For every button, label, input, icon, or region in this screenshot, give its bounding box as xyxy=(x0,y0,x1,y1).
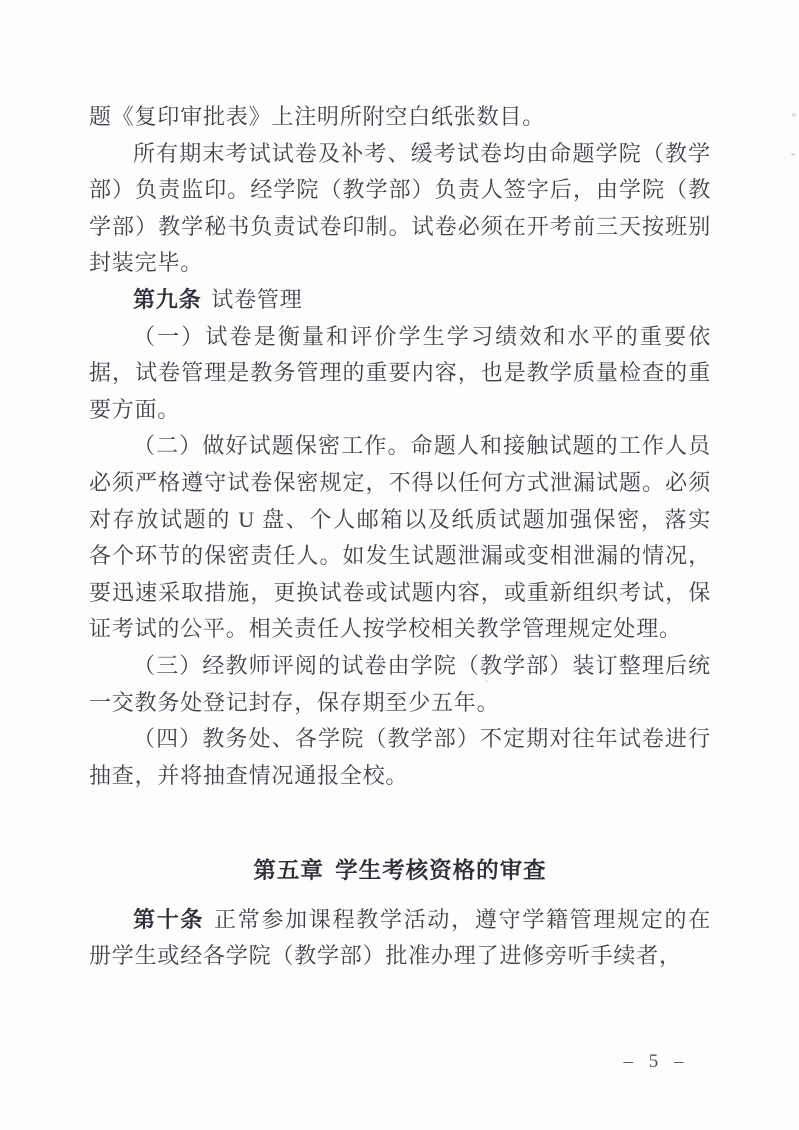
paragraph-copy-approval-note: 题《复印审批表》上注明所附空白纸张数目。 xyxy=(89,99,711,136)
chapter-5-heading: 第五章学生考核资格的审查 xyxy=(89,853,711,890)
scan-speck xyxy=(792,113,796,117)
item-2-paragraph: （二）做好试题保密工作。命题人和接触试题的工作人员必须严格遵守试卷保密规定，不得… xyxy=(89,428,711,648)
scan-speck xyxy=(791,153,795,156)
scan-speck xyxy=(485,680,488,683)
article-9-title: 试卷管理 xyxy=(211,287,302,312)
item-4-paragraph: （四）教务处、各学院（教学部）不定期对往年试卷进行抽查，并将抽查情况通报全校。 xyxy=(89,721,711,794)
chapter-number: 第五章 xyxy=(253,858,324,883)
document-body: 题《复印审批表》上注明所附空白纸张数目。 所有期末考试试卷及补考、缓考试卷均由命… xyxy=(89,99,711,975)
article-9-number: 第九条 xyxy=(133,287,201,312)
item-3-paragraph: （三）经教师评阅的试卷由学院（教学部）装订整理后统一交教务处登记封存，保存期至少… xyxy=(89,648,711,721)
item-1-paragraph: （一）试卷是衡量和评价学生学习绩效和水平的重要依据，试卷管理是教务管理的重要内容… xyxy=(89,319,711,429)
chapter-title: 学生考核资格的审查 xyxy=(335,858,547,883)
article-10-number: 第十条 xyxy=(133,907,204,932)
document-page: 题《复印审批表》上注明所附空白纸张数目。 所有期末考试试卷及补考、缓考试卷均由命… xyxy=(0,0,799,1130)
paragraph-exam-paper-printing: 所有期末考试试卷及补考、缓考试卷均由命题学院（教学部）负责监印。经学院（教学部）… xyxy=(89,136,711,282)
article-10-paragraph: 第十条正常参加课程教学活动，遵守学籍管理规定的在册学生或经各学院（教学部）批准办… xyxy=(89,902,711,975)
article-9-heading: 第九条试卷管理 xyxy=(89,282,711,319)
page-number: – 5 – xyxy=(608,1050,700,1074)
